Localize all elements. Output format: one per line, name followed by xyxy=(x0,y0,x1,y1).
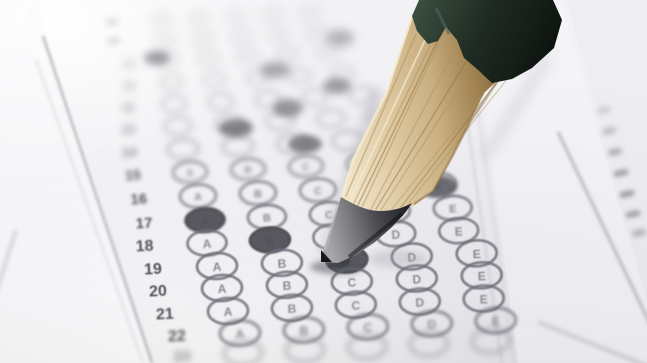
bubble-b xyxy=(208,93,234,110)
question-row xyxy=(155,26,326,46)
bubble-b xyxy=(203,72,226,87)
bubble-letter-a: A xyxy=(223,305,233,319)
row-number: 12 xyxy=(122,102,135,115)
bubble-d xyxy=(302,89,328,106)
bubble-letter-e: E xyxy=(449,203,457,215)
bubble-letter-c: C xyxy=(347,275,357,289)
photo-scene: 101112131415ABCDE16ABCDE17ABCDE18ABCDE19… xyxy=(0,0,647,363)
bubble-letter-a: A xyxy=(202,237,212,251)
bubble-letter-d: D xyxy=(412,272,422,286)
question-row xyxy=(153,7,319,26)
blurred-filled-bubble xyxy=(326,30,354,46)
bubble-letter-d: D xyxy=(415,295,425,309)
blurred-filled-bubble xyxy=(323,78,351,94)
cast-shadow xyxy=(368,250,428,268)
bubble-letter-c: C xyxy=(302,162,310,173)
bubble-e xyxy=(307,26,327,39)
bubble-letter-b: B xyxy=(263,212,272,224)
bubble-e xyxy=(318,45,339,59)
bubble-a xyxy=(153,14,172,26)
bubble-d xyxy=(316,109,345,127)
question-row-11: 11 xyxy=(124,66,355,92)
bubble-b xyxy=(222,136,254,156)
bubble-letter-a: A xyxy=(186,168,194,179)
bubble-b xyxy=(193,32,213,45)
bubble-a xyxy=(155,34,175,47)
row-number: 21 xyxy=(155,306,174,324)
row-number: 15 xyxy=(125,166,142,183)
blurred-number-smudge xyxy=(106,18,119,25)
bubble-letter-b: B xyxy=(287,302,297,316)
bubble-b xyxy=(190,12,209,24)
row-number: 20 xyxy=(149,283,168,301)
bubble-letter-e: E xyxy=(491,314,500,328)
bubble-a xyxy=(223,340,262,363)
question-row-23: 23 xyxy=(173,328,510,363)
bubble-letter-e: E xyxy=(479,292,488,306)
bubble-letter-b: B xyxy=(277,257,287,271)
row-number: 19 xyxy=(144,261,163,279)
bubble-c xyxy=(238,49,259,63)
bubble-letter-e: E xyxy=(472,247,481,261)
bubble-a xyxy=(164,117,193,135)
blurred-number-smudge xyxy=(108,37,121,44)
blurred-filled-bubble xyxy=(273,99,303,117)
blurred-filled-bubble xyxy=(288,135,322,153)
row-number: 16 xyxy=(130,191,147,209)
row-number: 11 xyxy=(124,81,136,93)
bubble-letter-a: A xyxy=(217,282,227,296)
bubble-e xyxy=(301,7,320,19)
bubble-b xyxy=(198,51,219,65)
blurred-filled-bubble xyxy=(260,62,290,78)
row-number: 17 xyxy=(135,215,152,233)
bubble-letter-a: A xyxy=(235,327,245,341)
bubble-letter-b: B xyxy=(282,279,292,293)
row-number: 10 xyxy=(124,59,134,69)
row-number: 14 xyxy=(122,144,138,160)
bubble-letter-b: B xyxy=(254,188,263,200)
row-number: 13 xyxy=(121,122,135,137)
blurred-filled-bubble xyxy=(219,119,253,137)
bubble-letter-c: C xyxy=(363,320,373,334)
bubble-a xyxy=(161,95,187,112)
row-number: 23 xyxy=(173,348,190,363)
bubble-b xyxy=(285,337,324,363)
bubble-letter-b: B xyxy=(244,165,252,176)
row-number: 18 xyxy=(135,238,154,256)
answer-sheet-photo: 101112131415ABCDE16ABCDE17ABCDE18ABCDE19… xyxy=(0,0,647,363)
bubble-d xyxy=(269,28,289,41)
bubble-letter-b: B xyxy=(299,323,309,337)
bubble-d xyxy=(278,47,299,61)
bubble-letter-e: E xyxy=(477,269,486,283)
bubble-letter-a: A xyxy=(194,191,203,203)
bubble-a xyxy=(167,139,199,159)
bubble-letter-d: D xyxy=(427,317,437,331)
bubble-letter-c: C xyxy=(351,298,361,312)
bubble-a xyxy=(160,74,183,89)
row-number: 22 xyxy=(167,328,186,346)
bubble-letter-c: C xyxy=(314,185,323,197)
bubble-c xyxy=(227,10,246,22)
blurred-filled-bubble xyxy=(144,51,170,65)
bubble-d xyxy=(289,68,312,83)
bubble-d xyxy=(264,9,283,21)
bubble-letter-e: E xyxy=(454,224,463,238)
answer-sheet: 101112131415ABCDE16ABCDE17ABCDE18ABCDE19… xyxy=(0,0,647,363)
bubble-letter-a: A xyxy=(212,260,222,274)
question-row-17: 17ABCDE xyxy=(135,194,472,236)
bubble-letter-d: D xyxy=(391,227,401,241)
bubble-c xyxy=(231,30,251,43)
question-row-19: 19ABCDE xyxy=(143,238,497,283)
